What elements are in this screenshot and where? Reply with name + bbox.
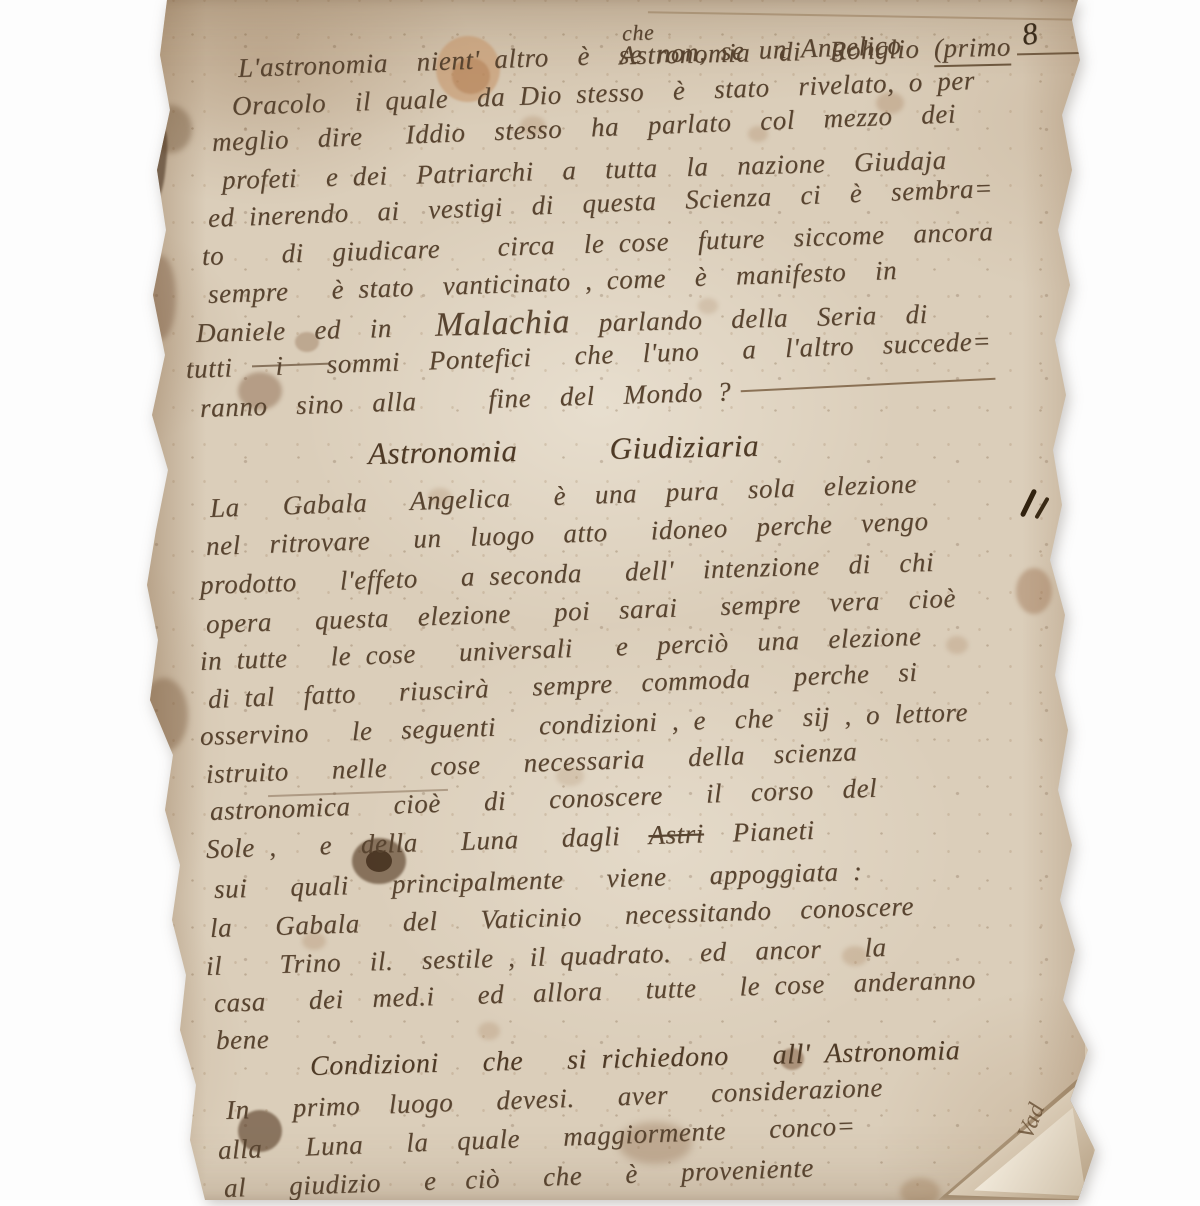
photo-background: Astronomia di Rohglio (primo 8 L'astrono… — [0, 0, 1200, 1200]
inserted-word: che — [622, 20, 655, 44]
flourish-rule — [741, 378, 996, 392]
page-wrap: Astronomia di Rohglio (primo 8 L'astrono… — [0, 0, 1200, 1200]
line-text: bene — [216, 1024, 270, 1055]
manuscript-line: bene — [216, 1025, 270, 1054]
header-underline-tail — [1017, 52, 1083, 55]
manuscript-page: Astronomia di Rohglio (primo 8 L'astrono… — [0, 0, 1200, 1200]
struck-word: Astri — [648, 818, 704, 850]
line-text: Daniele ed in — [196, 312, 436, 348]
series-mark: (primo — [934, 32, 1012, 68]
emphasized-word: Malachia — [434, 303, 570, 344]
line-text: Pianeti — [703, 815, 815, 848]
